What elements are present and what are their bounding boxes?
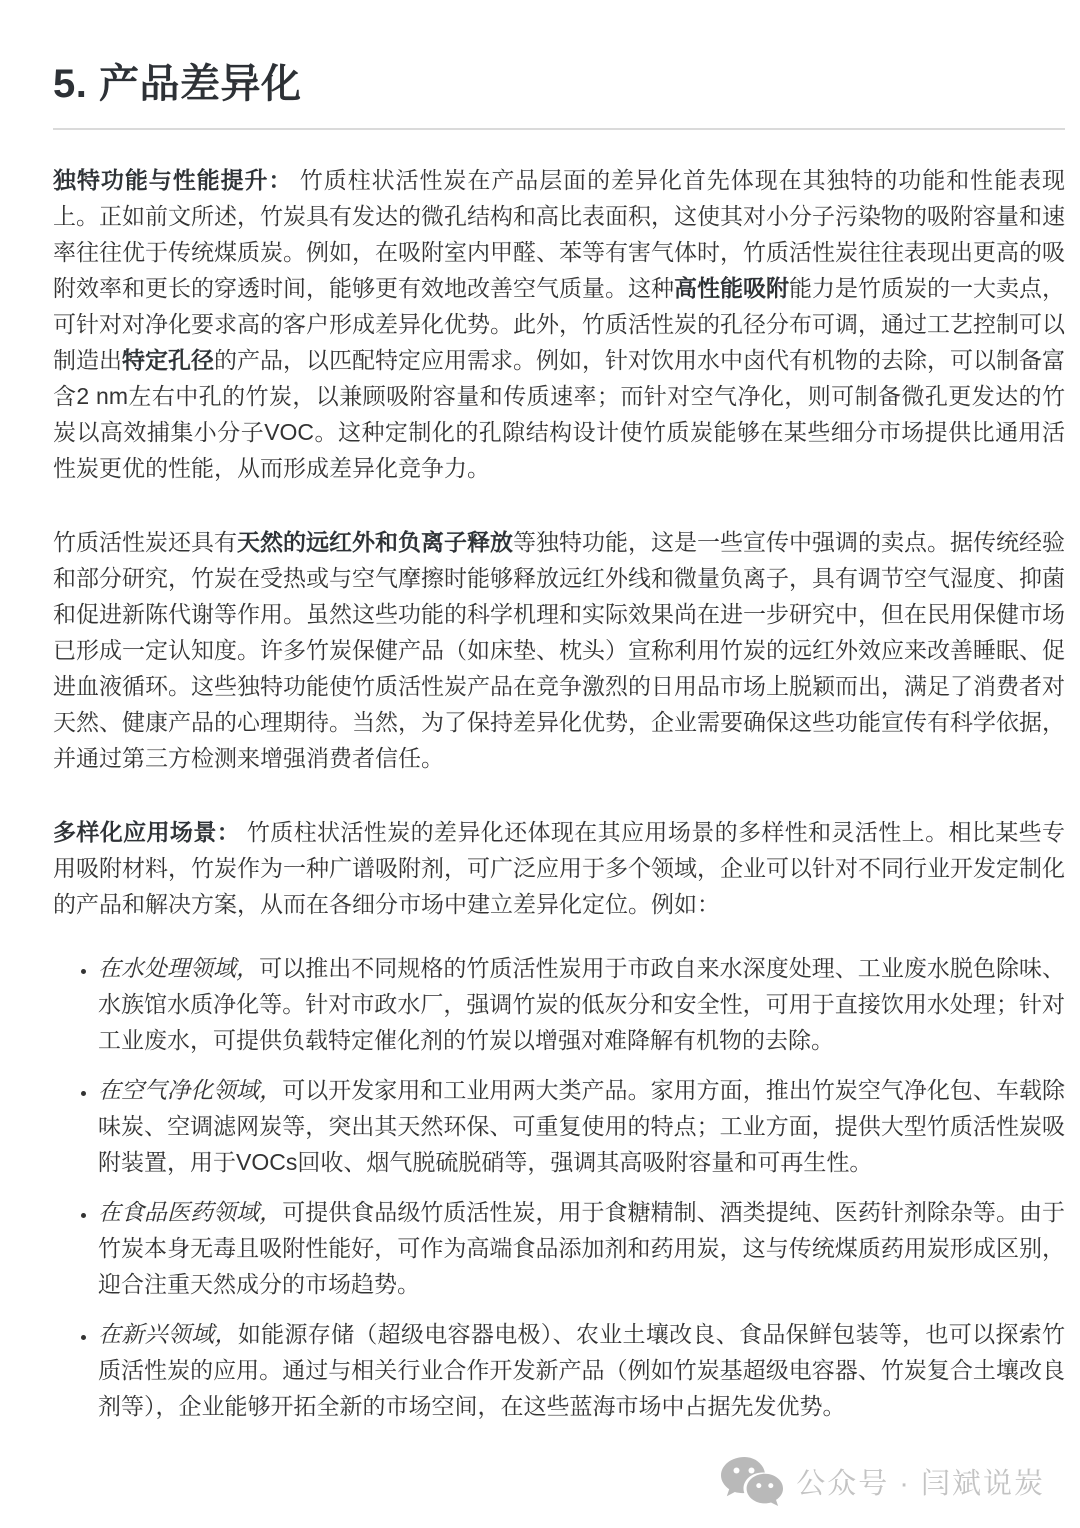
list-item-food-pharma: 在食品医药领域，可提供食品级竹质活性炭，用于食糖精制、酒类提纯、医药针剂除杂等。…	[98, 1194, 1065, 1302]
italic-lead-food: 在食品医药领域，	[98, 1199, 282, 1225]
italic-lead-emerging: 在新兴领域，	[98, 1321, 238, 1347]
page-title: 5. 产品差异化	[53, 60, 1065, 108]
paragraph-unique-features: 独特功能与性能提升： 竹质柱状活性炭在产品层面的差异化首先体现在其独特的功能和性…	[53, 162, 1065, 486]
list-item-air-purification: 在空气净化领域，可以开发家用和工业用两大类产品。家用方面，推出竹炭空气净化包、车…	[98, 1072, 1065, 1180]
bold-run-far-infrared: 天然的远红外和负离子释放	[237, 529, 513, 555]
watermark-text: 公众号 · 闫斌说炭	[796, 1461, 1045, 1502]
document-page: 5. 产品差异化 独特功能与性能提升： 竹质柱状活性炭在产品层面的差异化首先体现…	[0, 0, 1080, 1528]
text-run: 竹质活性炭还具有	[53, 529, 237, 555]
document-content: 5. 产品差异化 独特功能与性能提升： 竹质柱状活性炭在产品层面的差异化首先体现…	[53, 60, 1065, 1424]
list-item-water-treatment: 在水处理领域，可以推出不同规格的竹质活性炭用于市政自来水深度处理、工业废水脱色除…	[98, 950, 1065, 1058]
title-divider	[53, 128, 1065, 130]
italic-lead-water: 在水处理领域，	[98, 955, 259, 981]
list-item-emerging-fields: 在新兴领域，如能源存储（超级电容器电极）、农业土壤改良、食品保鲜包装等，也可以探…	[98, 1316, 1065, 1424]
bold-run-high-performance: 高性能吸附	[674, 275, 789, 301]
paragraph-natural-functions: 竹质活性炭还具有天然的远红外和负离子释放等独特功能，这是一些宣传中强调的卖点。据…	[53, 524, 1065, 776]
text-run: 等独特功能，这是一些宣传中强调的卖点。据传统经验和部分研究，竹炭在受热或与空气摩…	[53, 529, 1065, 771]
application-list: 在水处理领域，可以推出不同规格的竹质活性炭用于市政自来水深度处理、工业废水脱色除…	[53, 950, 1065, 1424]
paragraph-diverse-applications: 多样化应用场景： 竹质柱状活性炭的差异化还体现在其应用场景的多样性和灵活性上。相…	[53, 814, 1065, 922]
text-run: 如能源存储（超级电容器电极）、农业土壤改良、食品保鲜包装等，也可以探索竹质活性炭…	[98, 1321, 1065, 1419]
watermark: 公众号 · 闫斌说炭	[720, 1456, 1045, 1506]
bold-run-specific-pore: 特定孔径	[122, 347, 214, 373]
wechat-icon	[720, 1456, 784, 1506]
bold-lead-applications: 多样化应用场景：	[53, 819, 240, 845]
italic-lead-air: 在空气净化领域，	[98, 1077, 282, 1103]
bold-lead-features: 独特功能与性能提升：	[53, 167, 292, 193]
